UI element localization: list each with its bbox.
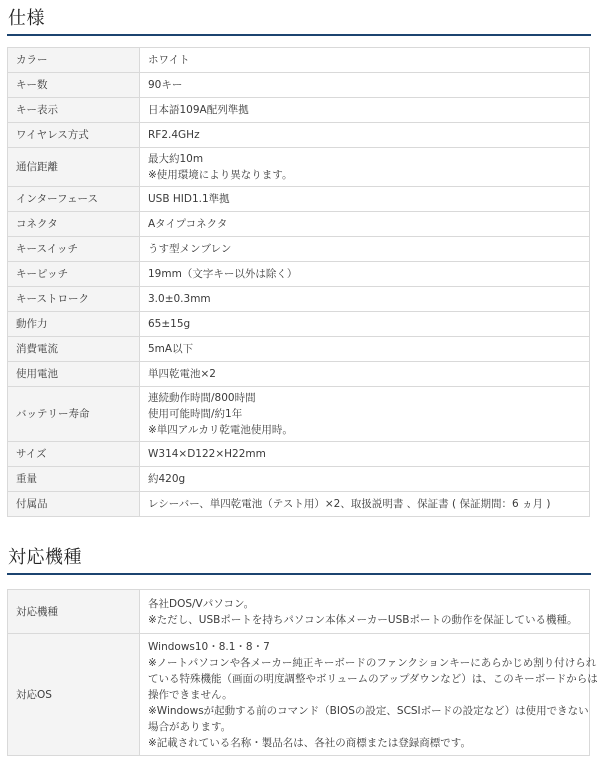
value-line: 約420g: [148, 471, 581, 487]
value-line: 使用可能時間/約1年: [148, 406, 581, 422]
value-line: ※Windowsが起動する前のコマンド（BIOSの設定、SCSIボードの設定など…: [148, 703, 581, 719]
value-line: 単四乾電池×2: [148, 366, 581, 382]
row-value: 19mm（文字キー以外は除く）: [140, 262, 590, 287]
table-row: 付属品レシーバー、単四乾電池（テスト用）×2、取扱説明書 、保証書 ( 保証期間…: [8, 492, 590, 517]
row-label: バッテリー寿命: [8, 387, 140, 442]
row-value: 最大約10m※使用環境により異なります。: [140, 148, 590, 187]
value-line: ※記載されている名称・製品名は、各社の商標または登録商標です。: [148, 735, 581, 751]
row-label: キーピッチ: [8, 262, 140, 287]
row-label: ワイヤレス方式: [8, 123, 140, 148]
row-label: キーストローク: [8, 287, 140, 312]
row-label: 重量: [8, 467, 140, 492]
row-value: 90キー: [140, 73, 590, 98]
value-line: Aタイプコネクタ: [148, 216, 581, 232]
value-line: Windows10・8.1・8・7: [148, 639, 581, 655]
row-value: 約420g: [140, 467, 590, 492]
table-row: キー表示日本語109A配列準拠: [8, 98, 590, 123]
table-row: 対応OSWindows10・8.1・8・7※ノートパソコンや各メーカー純正キーボ…: [8, 634, 590, 756]
value-line: ホワイト: [148, 52, 581, 68]
row-value: 65±15g: [140, 312, 590, 337]
value-line: 連続動作時間/800時間: [148, 390, 581, 406]
row-label: インターフェース: [8, 187, 140, 212]
row-value: USB HID1.1準拠: [140, 187, 590, 212]
row-value: RF2.4GHz: [140, 123, 590, 148]
value-line: 90キー: [148, 77, 581, 93]
table-row: 消費電流5mA以下: [8, 337, 590, 362]
row-label: 動作力: [8, 312, 140, 337]
row-value: W314×D122×H22mm: [140, 442, 590, 467]
value-line: 19mm（文字キー以外は除く）: [148, 266, 581, 282]
value-line: 65±15g: [148, 316, 581, 332]
value-line: ※ノートパソコンや各メーカー純正キーボードのファンクションキーにあらかじめ割り付…: [148, 655, 581, 671]
table-row: ワイヤレス方式RF2.4GHz: [8, 123, 590, 148]
table-row: 重量約420g: [8, 467, 590, 492]
row-label: サイズ: [8, 442, 140, 467]
row-value: Aタイプコネクタ: [140, 212, 590, 237]
table-row: バッテリー寿命連続動作時間/800時間使用可能時間/約1年※単四アルカリ乾電池使…: [8, 387, 590, 442]
row-label: 消費電流: [8, 337, 140, 362]
value-line: レシーバー、単四乾電池（テスト用）×2、取扱説明書 、保証書 ( 保証期間：6 …: [148, 496, 581, 512]
value-line: USB HID1.1準拠: [148, 191, 581, 207]
table-row: 対応機種各社DOS/Vパソコン。※ただし、USBポートを持ちパソコン本体メーカー…: [8, 590, 590, 634]
compat-section: 対応機種 対応機種各社DOS/Vパソコン。※ただし、USBポートを持ちパソコン本…: [7, 547, 591, 756]
row-label: コネクタ: [8, 212, 140, 237]
row-value: レシーバー、単四乾電池（テスト用）×2、取扱説明書 、保証書 ( 保証期間：6 …: [140, 492, 590, 517]
compat-table: 対応機種各社DOS/Vパソコン。※ただし、USBポートを持ちパソコン本体メーカー…: [7, 589, 590, 756]
table-row: 動作力65±15g: [8, 312, 590, 337]
table-row: キー数90キー: [8, 73, 590, 98]
row-label: 付属品: [8, 492, 140, 517]
row-value: 3.0±0.3mm: [140, 287, 590, 312]
value-line: RF2.4GHz: [148, 127, 581, 143]
row-value: 5mA以下: [140, 337, 590, 362]
table-row: コネクタAタイプコネクタ: [8, 212, 590, 237]
value-line: ている特殊機能（画面の明度調整やボリュームのアップダウンなど）は、このキーボード…: [148, 671, 581, 687]
value-line: W314×D122×H22mm: [148, 446, 581, 462]
table-row: キーストローク3.0±0.3mm: [8, 287, 590, 312]
row-value: ホワイト: [140, 48, 590, 73]
row-label: 通信距離: [8, 148, 140, 187]
table-row: カラーホワイト: [8, 48, 590, 73]
row-label: 使用電池: [8, 362, 140, 387]
row-label: カラー: [8, 48, 140, 73]
spec-section: 仕様 カラーホワイトキー数90キーキー表示日本語109A配列準拠ワイヤレス方式R…: [7, 8, 591, 517]
row-label: 対応OS: [8, 634, 140, 756]
table-row: 通信距離最大約10m※使用環境により異なります。: [8, 148, 590, 187]
row-label: 対応機種: [8, 590, 140, 634]
row-value: Windows10・8.1・8・7※ノートパソコンや各メーカー純正キーボードのフ…: [140, 634, 590, 756]
table-row: キーピッチ19mm（文字キー以外は除く）: [8, 262, 590, 287]
value-line: ※使用環境により異なります。: [148, 167, 581, 183]
value-line: 最大約10m: [148, 151, 581, 167]
table-row: キースイッチうす型メンブレン: [8, 237, 590, 262]
row-label: キー表示: [8, 98, 140, 123]
table-row: サイズW314×D122×H22mm: [8, 442, 590, 467]
row-value: 単四乾電池×2: [140, 362, 590, 387]
row-value: うす型メンブレン: [140, 237, 590, 262]
value-line: 3.0±0.3mm: [148, 291, 581, 307]
row-label: キー数: [8, 73, 140, 98]
spec-heading: 仕様: [7, 8, 591, 36]
value-line: 場合があります。: [148, 719, 581, 735]
value-line: ※単四アルカリ乾電池使用時。: [148, 422, 581, 438]
compat-heading: 対応機種: [7, 547, 591, 575]
row-label: キースイッチ: [8, 237, 140, 262]
table-row: インターフェースUSB HID1.1準拠: [8, 187, 590, 212]
value-line: 各社DOS/Vパソコン。: [148, 596, 581, 612]
table-row: 使用電池単四乾電池×2: [8, 362, 590, 387]
value-line: 5mA以下: [148, 341, 581, 357]
row-value: 日本語109A配列準拠: [140, 98, 590, 123]
value-line: 操作できません。: [148, 687, 581, 703]
row-value: 連続動作時間/800時間使用可能時間/約1年※単四アルカリ乾電池使用時。: [140, 387, 590, 442]
value-line: うす型メンブレン: [148, 241, 581, 257]
row-value: 各社DOS/Vパソコン。※ただし、USBポートを持ちパソコン本体メーカーUSBポ…: [140, 590, 590, 634]
value-line: 日本語109A配列準拠: [148, 102, 581, 118]
spec-table: カラーホワイトキー数90キーキー表示日本語109A配列準拠ワイヤレス方式RF2.…: [7, 47, 590, 517]
value-line: ※ただし、USBポートを持ちパソコン本体メーカーUSBポートの動作を保証している…: [148, 612, 581, 628]
